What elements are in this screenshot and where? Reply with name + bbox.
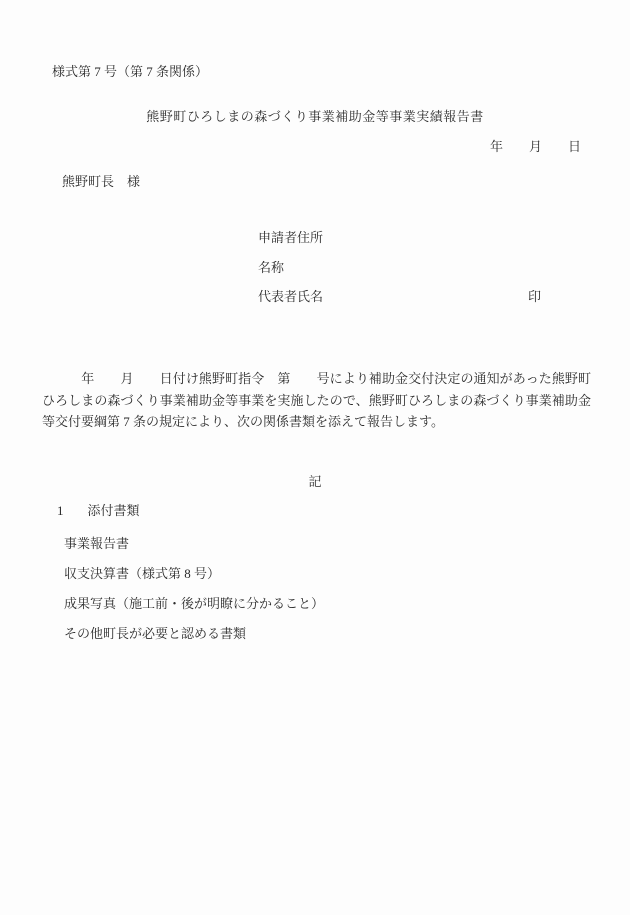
- date-blank-line: 年 月 日: [490, 139, 581, 155]
- attachment-item-other-documents: その他町長が必要と認める書類: [64, 626, 246, 642]
- attachments-heading-number: 1: [57, 503, 64, 519]
- attachment-item-business-report: 事業報告書: [64, 536, 129, 552]
- form-number: 様式第 7 号（第 7 条関係）: [52, 64, 208, 80]
- attachment-item-financial-statement: 収支決算書（様式第 8 号）: [64, 566, 220, 582]
- body-paragraph: 年 月 日付け熊野町指令 第 号により補助金交付決定の通知があった熊野町ひろしま…: [42, 368, 591, 433]
- attachment-item-result-photos: 成果写真（施工前・後が明瞭に分かること）: [64, 596, 324, 612]
- record-heading: 記: [0, 474, 630, 490]
- attachments-heading: 1 添付書類: [57, 503, 140, 519]
- addressee-line: 熊野町長 様: [62, 174, 140, 190]
- applicant-name-label: 名称: [258, 260, 284, 276]
- representative-name-label: 代表者氏名: [258, 289, 323, 305]
- attachments-heading-label: 添付書類: [88, 503, 140, 519]
- document-page: 様式第 7 号（第 7 条関係） 熊野町ひろしまの森づくり事業補助金等事業実績報…: [0, 0, 630, 915]
- seal-placeholder: 印: [528, 289, 541, 305]
- document-title: 熊野町ひろしまの森づくり事業補助金等事業実績報告書: [0, 109, 630, 125]
- applicant-address-label: 申請者住所: [258, 230, 323, 246]
